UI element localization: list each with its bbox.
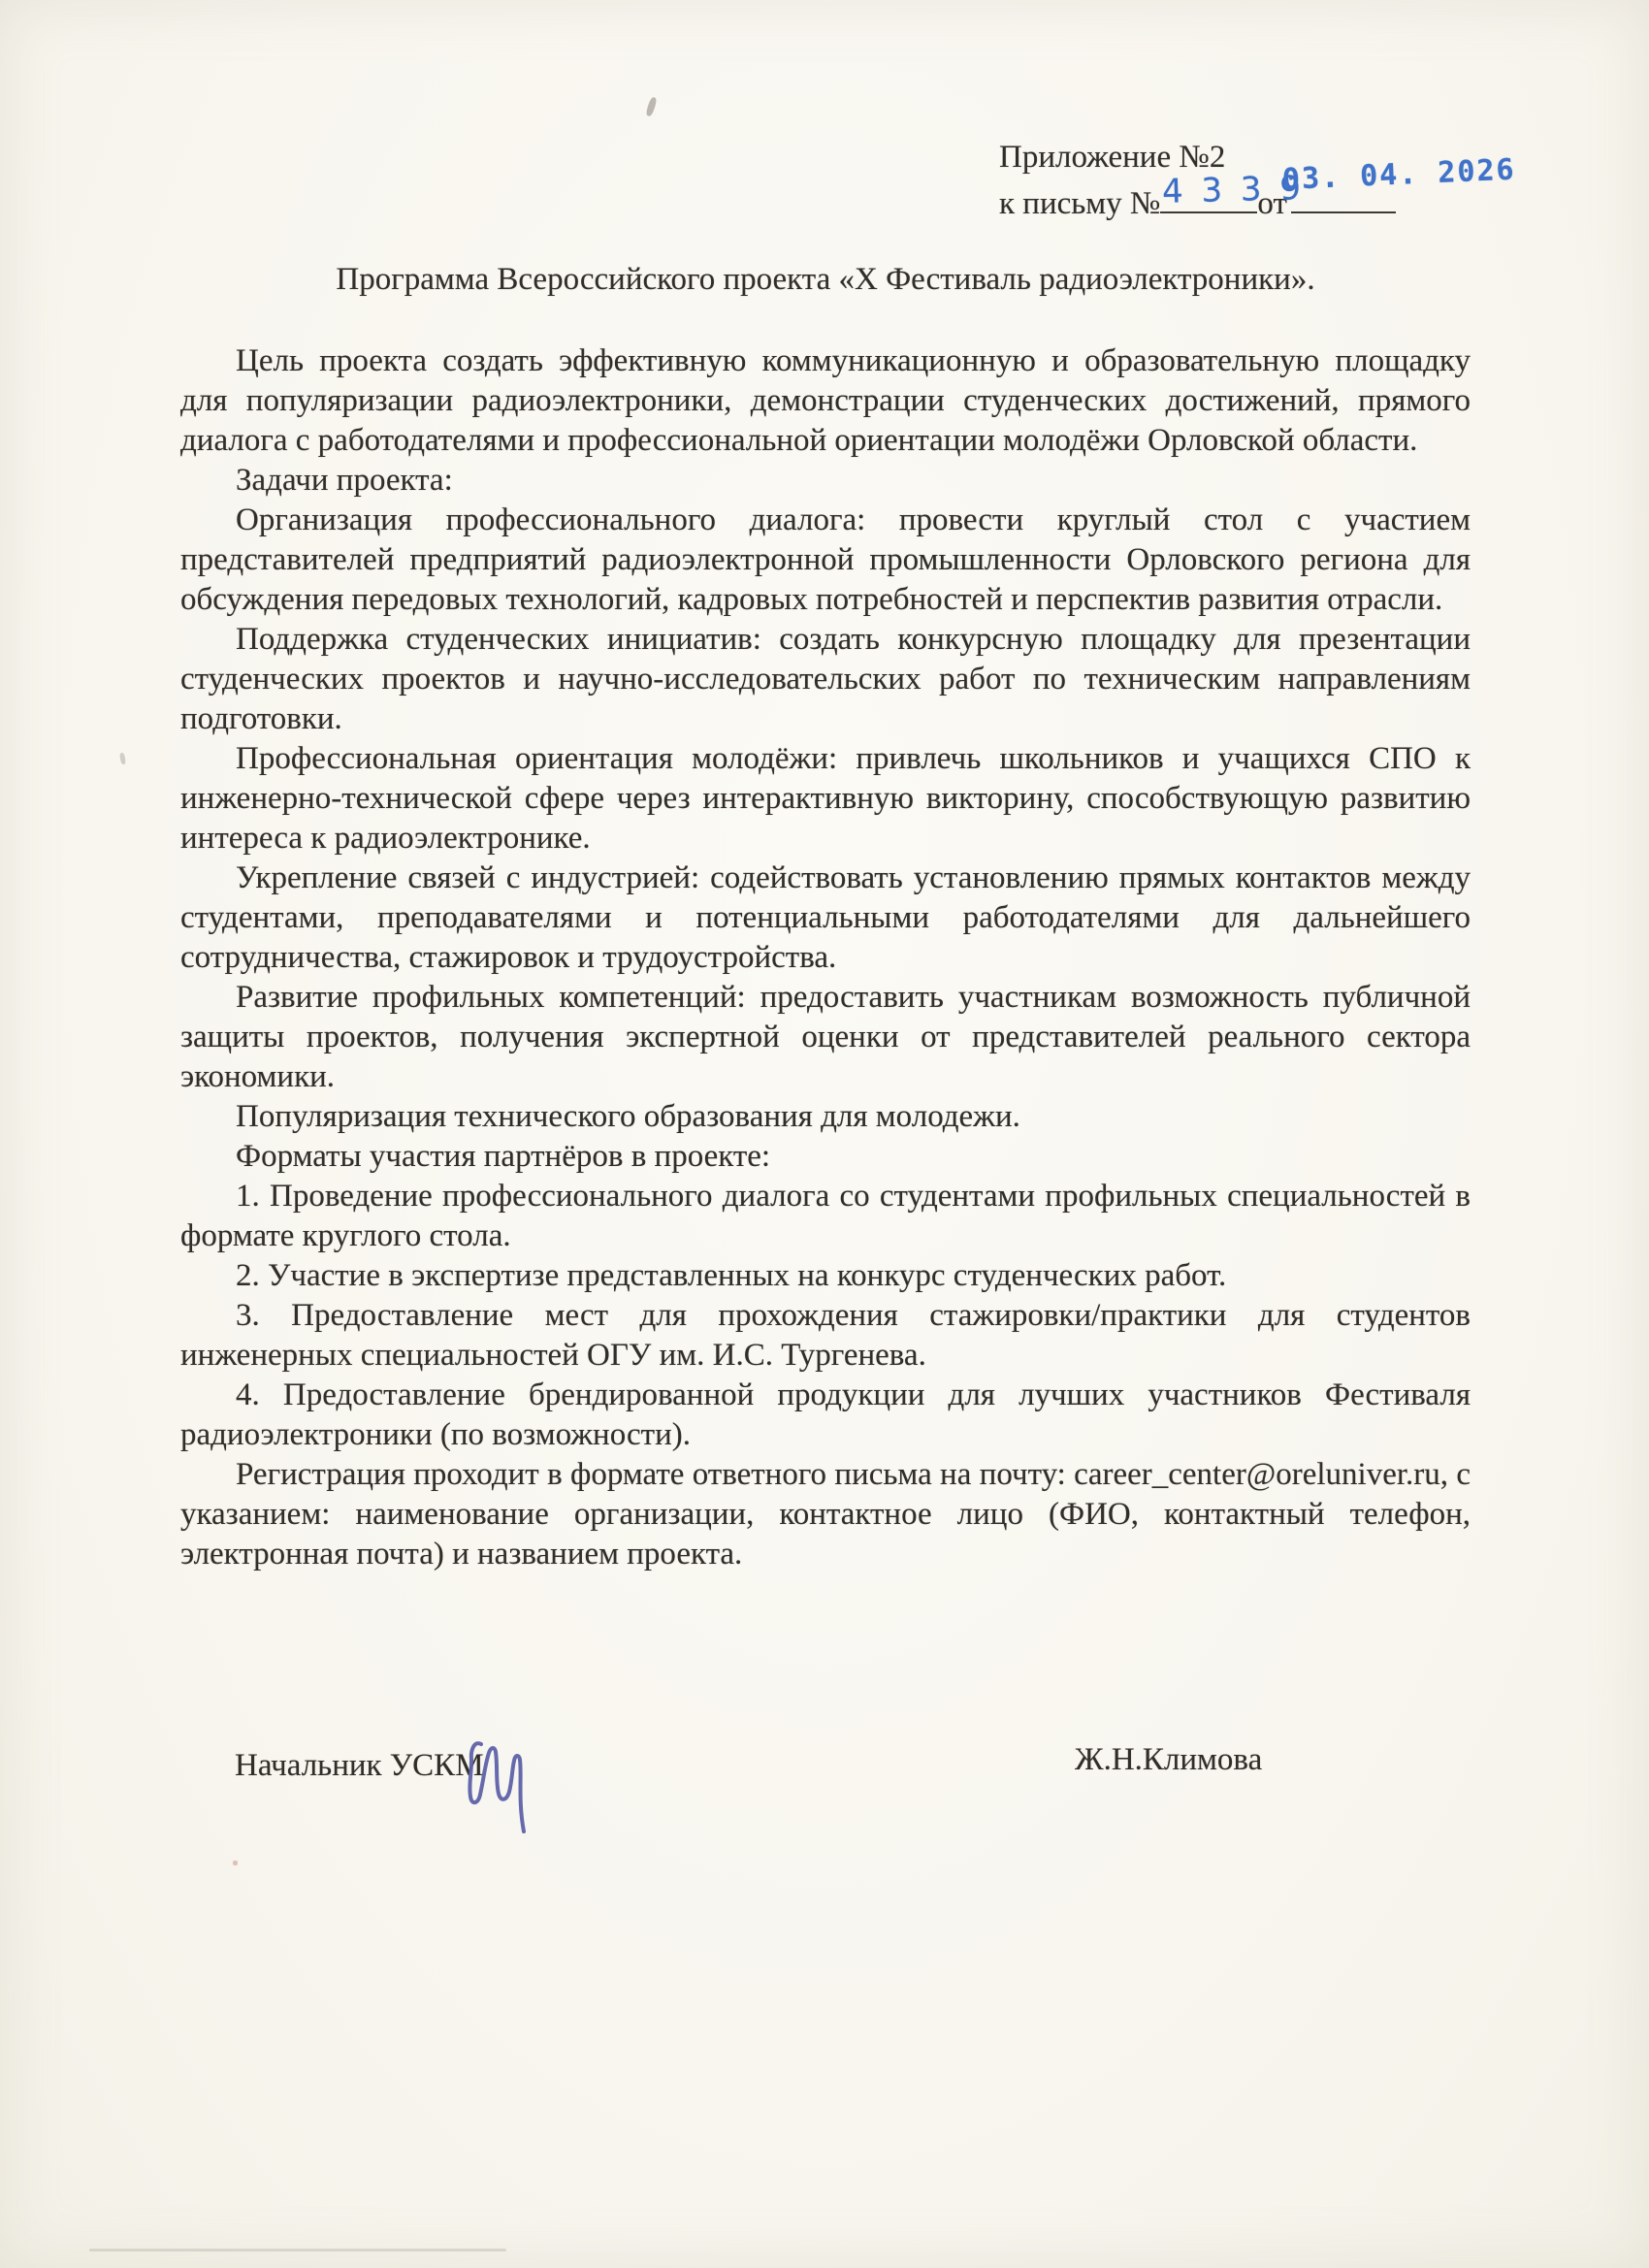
appendix-header: Приложение №2 к письму №4 3 3 9от03. 04.… (999, 136, 1396, 225)
document-body: Цель проекта создать эффективную коммуни… (180, 341, 1471, 1574)
scan-edge-line (89, 2249, 506, 2252)
list-item-2: 2. Участие в экспертизе представленных н… (180, 1256, 1471, 1296)
handwritten-signature (462, 1734, 533, 1841)
paragraph-task-support: Поддержка студенческих инициатив: создат… (180, 620, 1471, 739)
scan-speck (119, 753, 126, 765)
paragraph-task-dialog: Организация профессионального диалога: п… (180, 501, 1471, 620)
paragraph-task-competencies: Развитие профильных компетенций: предост… (180, 978, 1471, 1097)
scanned-document-page: { "doc": { "header": { "appendix_label":… (0, 0, 1649, 2268)
paragraph-goal: Цель проекта создать эффективную коммуни… (180, 341, 1471, 461)
list-item-1: 1. Проведение профессионального диалога … (180, 1177, 1471, 1256)
date-stamp: 03. 04. 2026 (1281, 149, 1516, 202)
scan-speck (233, 1861, 238, 1865)
document-title: Программа Всероссийского проекта «Х Фест… (180, 258, 1471, 301)
list-item-4: 4. Предоставление брендированной продукц… (180, 1376, 1471, 1455)
paragraph-task-industry: Укрепление связей с индустрией: содейств… (180, 859, 1471, 978)
letter-date-blank: 03. 04. 2026 (1291, 178, 1396, 213)
letter-line-prefix: к письму № (999, 186, 1160, 221)
signature-position-title: Начальник УСКМ (235, 1748, 484, 1784)
list-item-3: 3. Предоставление мест для прохождения с… (180, 1296, 1471, 1376)
paragraph-task-orientation: Профессиональная ориентация молодёжи: пр… (180, 739, 1471, 859)
letter-number-line: к письму №4 3 3 9от03. 04. 2026 (999, 178, 1396, 225)
paragraph-popularization: Популяризация технического образования д… (180, 1097, 1471, 1137)
scan-speck (645, 96, 658, 116)
paragraph-registration: Регистрация проходит в формате ответного… (180, 1455, 1471, 1574)
signature-name: Ж.Н.Климова (1075, 1742, 1262, 1778)
letter-number-blank: 4 3 3 9 (1160, 178, 1257, 213)
paragraph-formats-label: Форматы участия партнёров в проекте: (180, 1137, 1471, 1177)
paragraph-tasks-label: Задачи проекта: (180, 461, 1471, 501)
